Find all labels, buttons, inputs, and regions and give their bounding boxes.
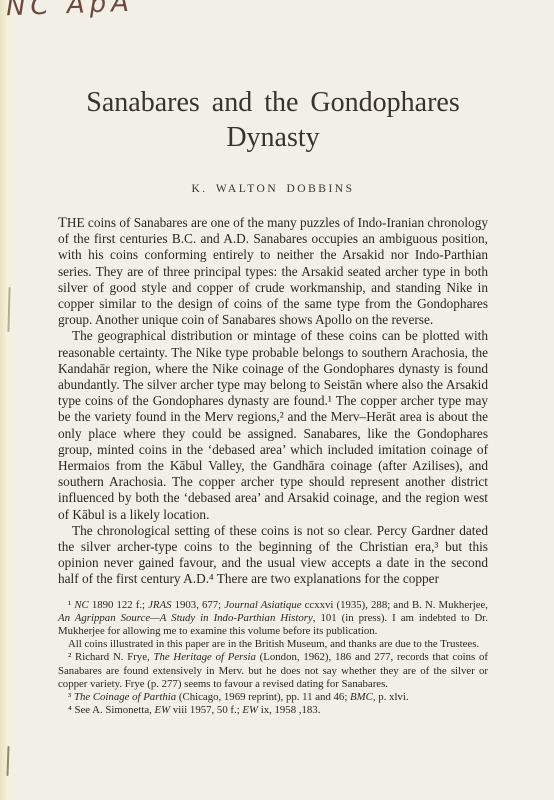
footnote-4: ⁴ See A. Simonetta, EW viii 1957, 50 f.;… bbox=[58, 704, 488, 717]
body-paragraph-3: The chronological setting of these coins… bbox=[58, 523, 488, 588]
footnote-1: ¹ NC 1890 122 f.; JRAS 1903, 677; Journa… bbox=[58, 599, 488, 639]
body-paragraph-2: The geographical distribution or mintage… bbox=[58, 328, 488, 522]
footnote-3: ³ The Coinage of Parthia (Chicago, 1969 … bbox=[58, 691, 488, 704]
article-body: THE coins of Sanabares are one of the ma… bbox=[58, 215, 488, 588]
page-content-column: Sanabares and the Gondophares Dynasty K.… bbox=[58, 0, 488, 718]
footnote-1-continued: All coins illustrated in this paper are … bbox=[58, 638, 488, 651]
page-edge-discoloration bbox=[0, 0, 16, 800]
article-title: Sanabares and the Gondophares Dynasty bbox=[58, 85, 488, 155]
body-paragraph-1: THE coins of Sanabares are one of the ma… bbox=[58, 215, 488, 328]
scanned-journal-page: NC ApA Sanabares and the Gondophares Dyn… bbox=[0, 0, 554, 800]
footnotes-block: ¹ NC 1890 122 f.; JRAS 1903, 677; Journa… bbox=[58, 599, 488, 718]
footnote-2: ² Richard N. Frye, The Heritage of Persi… bbox=[58, 651, 488, 691]
author-name: K. WALTON DOBBINS bbox=[58, 183, 488, 195]
